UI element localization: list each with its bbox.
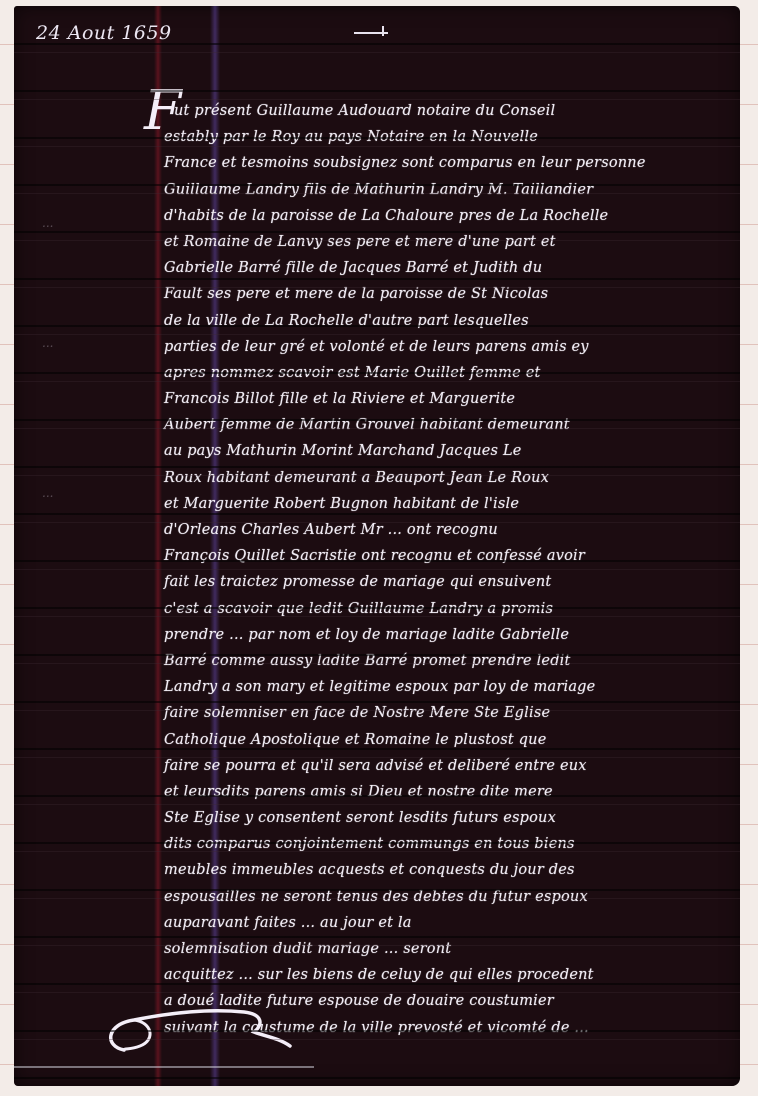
- text-line: estably par le Roy au pays Notaire en la…: [130, 124, 730, 150]
- text-line: au pays Mathurin Morint Marchand Jacques…: [130, 438, 730, 464]
- document-scan: 24 Aout 1659 F ... ... ... ut présent Gu…: [0, 0, 758, 1096]
- text-line: dits comparus conjointement commungs en …: [130, 831, 730, 857]
- text-line: faire solemniser en face de Nostre Mere …: [130, 700, 730, 726]
- text-line: parties de leur gré et volonté et de leu…: [130, 334, 730, 360]
- manuscript-body: ut présent Guillaume Audouard notaire du…: [130, 98, 730, 1041]
- text-line: c'est a scavoir que ledit Guillaume Land…: [130, 596, 730, 622]
- text-line: faire se pourra et qu'il sera advisé et …: [130, 753, 730, 779]
- text-line: François Quillet Sacristie ont recognu e…: [130, 543, 730, 569]
- text-line: et Romaine de Lanvy ses pere et mere d'u…: [130, 229, 730, 255]
- text-line: solemnisation dudit mariage ... seront: [130, 936, 730, 962]
- text-line: de la ville de La Rochelle d'autre part …: [130, 308, 730, 334]
- text-line: fait les traictez promesse de mariage qu…: [130, 569, 730, 595]
- text-line: acquittez ... sur les biens de celuy de …: [130, 962, 730, 988]
- margin-note: ...: [42, 336, 132, 350]
- text-line: espousailles ne seront tenus des debtes …: [130, 884, 730, 910]
- text-line: d'Orleans Charles Aubert Mr ... ont reco…: [130, 517, 730, 543]
- text-line: Barré comme aussy ladite Barré promet pr…: [130, 648, 730, 674]
- text-line: Aubert femme de Martin Grouvel habitant …: [130, 412, 730, 438]
- manuscript-page: 24 Aout 1659 F ... ... ... ut présent Gu…: [14, 6, 740, 1086]
- text-line: apres nommez scavoir est Marie Ouillet f…: [130, 360, 730, 386]
- text-line: France et tesmoins soubsignez sont compa…: [130, 150, 730, 176]
- text-line: prendre ... par nom et loy de mariage la…: [130, 622, 730, 648]
- text-line: et Marguerite Robert Bugnon habitant de …: [130, 491, 730, 517]
- text-line: auparavant faites ... au jour et la: [130, 910, 730, 936]
- text-line: Ste Eglise y consentent seront lesdits f…: [130, 805, 730, 831]
- margin-note: ...: [42, 216, 132, 230]
- text-line: Fault ses pere et mere de la paroisse de…: [130, 281, 730, 307]
- text-line: et leursdits parens amis si Dieu et nost…: [130, 779, 730, 805]
- margin-note: ...: [42, 486, 132, 500]
- film-edge-line: [14, 1066, 314, 1068]
- text-line: ut présent Guillaume Audouard notaire du…: [130, 98, 730, 124]
- text-line: Landry a son mary et legitime espoux par…: [130, 674, 730, 700]
- text-line: Francois Billot fille et la Riviere et M…: [130, 386, 730, 412]
- text-line: Roux habitant demeurant a Beauport Jean …: [130, 465, 730, 491]
- text-line: d'habits de la paroisse de La Chaloure p…: [130, 203, 730, 229]
- text-line: meubles immeubles acquests et conquests …: [130, 857, 730, 883]
- page-marker: [354, 32, 388, 34]
- signature-flourish-icon: [94, 1002, 294, 1062]
- text-line: Guillaume Landry fils de Mathurin Landry…: [130, 177, 730, 203]
- date-header: 24 Aout 1659: [36, 22, 172, 44]
- text-line: Gabrielle Barré fille de Jacques Barré e…: [130, 255, 730, 281]
- text-line: Catholique Apostolique et Romaine le plu…: [130, 727, 730, 753]
